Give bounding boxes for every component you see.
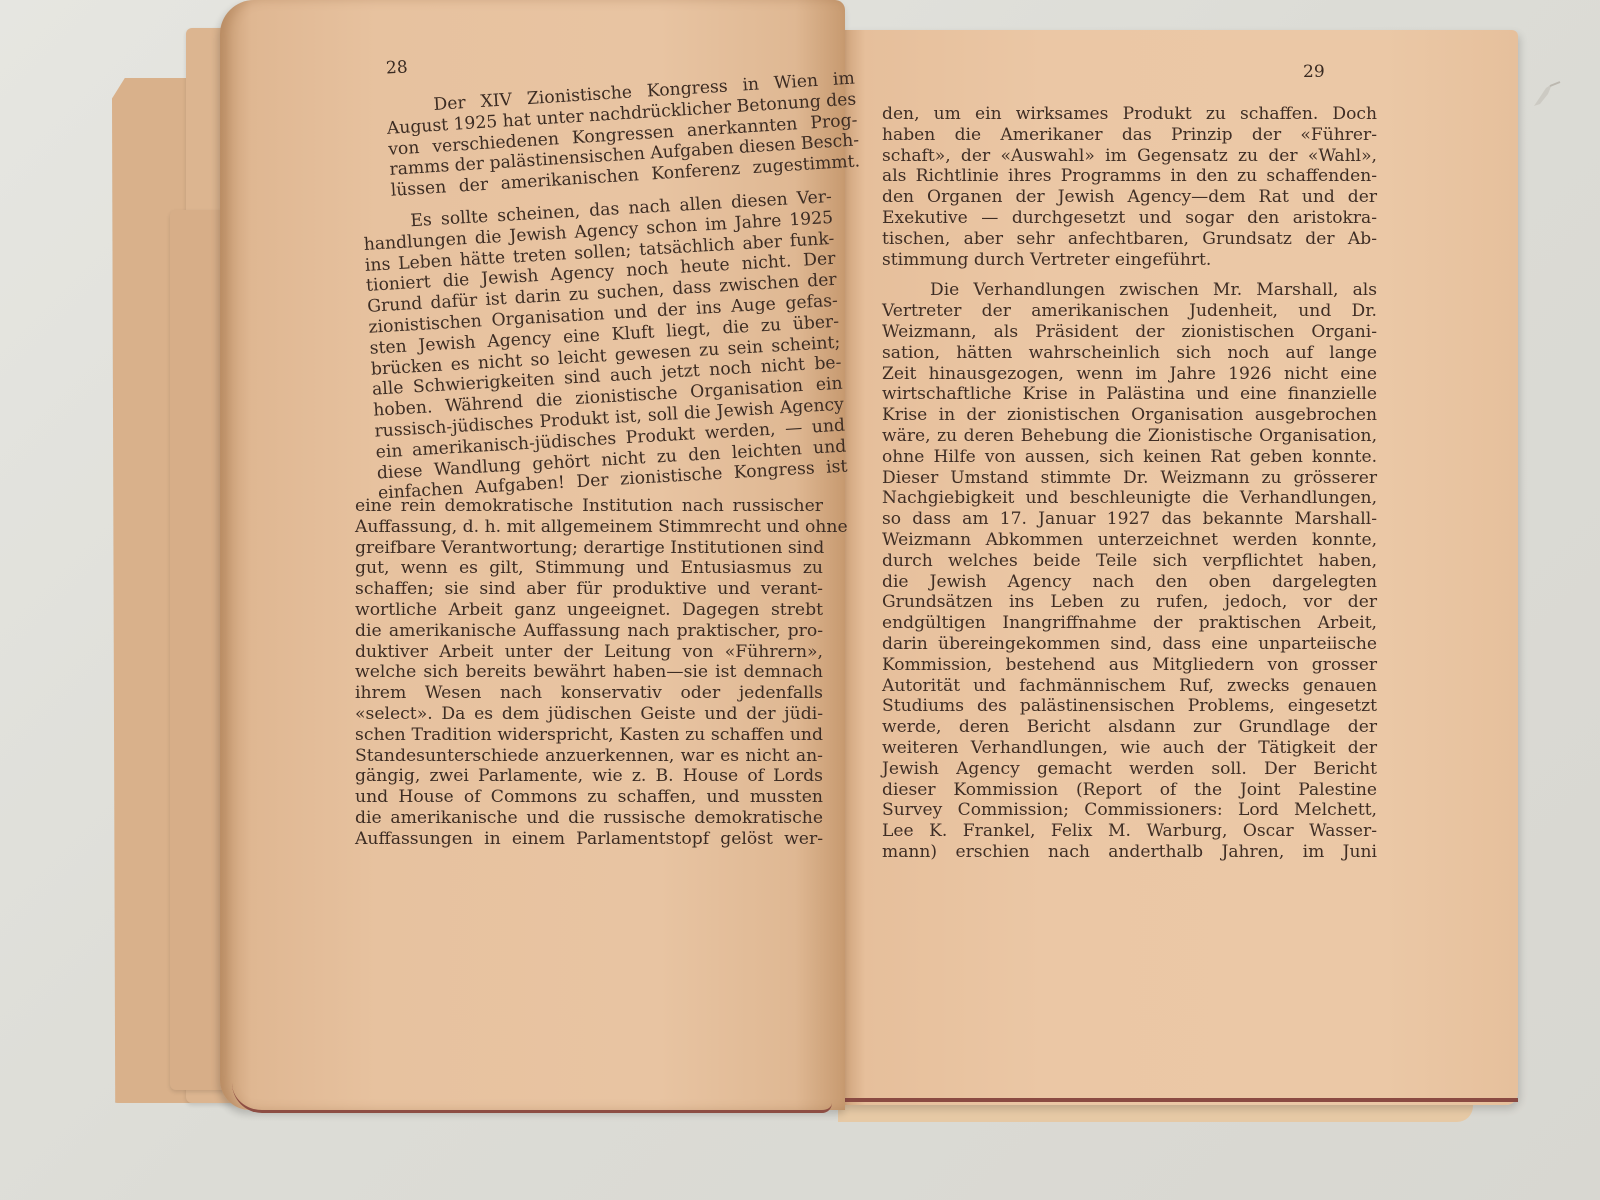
text-line: werde, deren Bericht alsdann zur Grundla… xyxy=(882,717,1377,738)
text-line: wirtschaftliche Krise in Palästina und e… xyxy=(882,384,1377,405)
text-line: ihrem Wesen nach konservativ oder jedenf… xyxy=(355,683,823,704)
text-line: Grundsätzen ins Leben zu rufen, jedoch, … xyxy=(882,592,1377,613)
book-photo: 28 29 Der XIV Zionistische Kongress in W… xyxy=(0,0,1600,1200)
text-line: schen Tradition widerspricht, Kasten zu … xyxy=(355,725,823,746)
text-line: endgültigen Inangriffnahme der praktisch… xyxy=(882,613,1377,634)
page-number-right: 29 xyxy=(1303,62,1325,82)
text-line: gut, wenn es gilt, Stimmung und Entusias… xyxy=(355,558,823,579)
right-page-edge xyxy=(838,1098,1518,1102)
surface-mark-icon xyxy=(1530,80,1570,110)
text-line: duktiver Arbeit unter der Leitung von «F… xyxy=(355,642,823,663)
text-line: gängig, zwei Parlamente, wie z. B. House… xyxy=(355,766,823,787)
text-line: den Organen der Jewish Agency—dem Rat un… xyxy=(882,187,1377,208)
text-line: Vertreter der amerikanischen Judenheit, … xyxy=(882,301,1377,322)
text-line: welche sich bereits bewährt haben—sie is… xyxy=(355,662,823,683)
right-paragraph-2: Die Verhandlungen zwischen Mr. Marshall,… xyxy=(882,280,1377,862)
text-line: weiteren Verhandlungen, wie auch der Tät… xyxy=(882,738,1377,759)
text-line: greifbare Verantwortung; derartige Insti… xyxy=(355,538,823,559)
text-line: Krise in der zionistischen Organisation … xyxy=(882,405,1377,426)
page-number-left: 28 xyxy=(385,57,408,78)
text-line: Dieser Umstand stimmte Dr. Weizmann zu g… xyxy=(882,468,1377,489)
text-line: die amerikanische und die russische demo… xyxy=(355,808,823,829)
text-line: so dass am 17. Januar 1927 das bekannte … xyxy=(882,509,1377,530)
text-line: Lee K. Frankel, Felix M. Warburg, Oscar … xyxy=(882,821,1377,842)
text-line: Autorität und fachmännischem Ruf, zwecks… xyxy=(882,676,1377,697)
right-page-text: den, um ein wirksames Produkt zu schaffe… xyxy=(882,104,1377,863)
text-line: Exekutive — durchgesetzt und sogar den a… xyxy=(882,208,1377,229)
text-line: die amerikanische Auffassung nach prakti… xyxy=(355,621,823,642)
text-line: als Richtlinie ihres Programms in den zu… xyxy=(882,166,1377,187)
text-line: tischen, aber sehr anfechtbaren, Grundsa… xyxy=(882,229,1377,250)
text-line: «select». Da es dem jüdischen Geiste und… xyxy=(355,704,823,725)
text-line: eine rein demokratische Institution nach… xyxy=(355,496,823,517)
text-line: Zeit hinausgezogen, wenn im Jahre 1926 n… xyxy=(882,364,1377,385)
text-line: haben die Amerikaner das Prinzip der «Fü… xyxy=(882,125,1377,146)
text-line: dieser Kommission (Report of the Joint P… xyxy=(882,780,1377,801)
text-line: Standesunterschiede anzuerkennen, war es… xyxy=(355,746,823,767)
left-page-edge xyxy=(232,1080,832,1113)
text-line: durch welches beide Teile sich verpflich… xyxy=(882,551,1377,572)
text-line: Die Verhandlungen zwischen Mr. Marshall,… xyxy=(882,280,1377,301)
text-line: wäre, zu deren Behebung die Zionistische… xyxy=(882,426,1377,447)
text-line: und House of Commons zu schaffen, und mu… xyxy=(355,787,823,808)
text-line: schaft», der «Auswahl» im Gegensatz zu d… xyxy=(882,146,1377,167)
text-line: wortliche Arbeit ganz ungeeignet. Dagege… xyxy=(355,600,823,621)
left-paragraph-2: Es sollte scheinen, das nach allen diese… xyxy=(362,187,848,505)
text-line: schaffen; sie sind aber für produktive u… xyxy=(355,579,823,600)
text-line: Auffassungen in einem Parlamentstopf gel… xyxy=(355,829,823,850)
text-line: Weizmann, als Präsident der zionistische… xyxy=(882,322,1377,343)
text-line: Weizmann Abkommen unterzeichnet werden k… xyxy=(882,530,1377,551)
text-line: den, um ein wirksames Produkt zu schaffe… xyxy=(882,104,1377,125)
text-line: mann) erschien nach anderthalb Jahren, i… xyxy=(882,842,1377,863)
left-paragraph-2-continued: eine rein demokratische Institution nach… xyxy=(355,496,823,850)
right-paragraph-1: den, um ein wirksames Produkt zu schaffe… xyxy=(882,104,1377,270)
text-line: Auffassung, d. h. mit allgemeinem Stimmr… xyxy=(355,517,823,538)
text-line: die Jewish Agency nach den oben dargeleg… xyxy=(882,572,1377,593)
text-line: ohne Hilfe von aussen, sich keinen Rat g… xyxy=(882,447,1377,468)
text-line: Studiums des palästinensischen Problems,… xyxy=(882,696,1377,717)
text-line: sation, hätten wahrscheinlich sich noch … xyxy=(882,343,1377,364)
text-line: Survey Commission; Commissioners: Lord M… xyxy=(882,800,1377,821)
text-line: Kommission, bestehend aus Mitgliedern vo… xyxy=(882,655,1377,676)
text-line: Jewish Agency gemacht werden soll. Der B… xyxy=(882,759,1377,780)
text-line: darin übereingekommen sind, dass eine un… xyxy=(882,634,1377,655)
text-line: Nachgiebigkeit und beschleunigte die Ver… xyxy=(882,488,1377,509)
text-line: stimmung durch Vertreter eingeführt. xyxy=(882,250,1377,271)
